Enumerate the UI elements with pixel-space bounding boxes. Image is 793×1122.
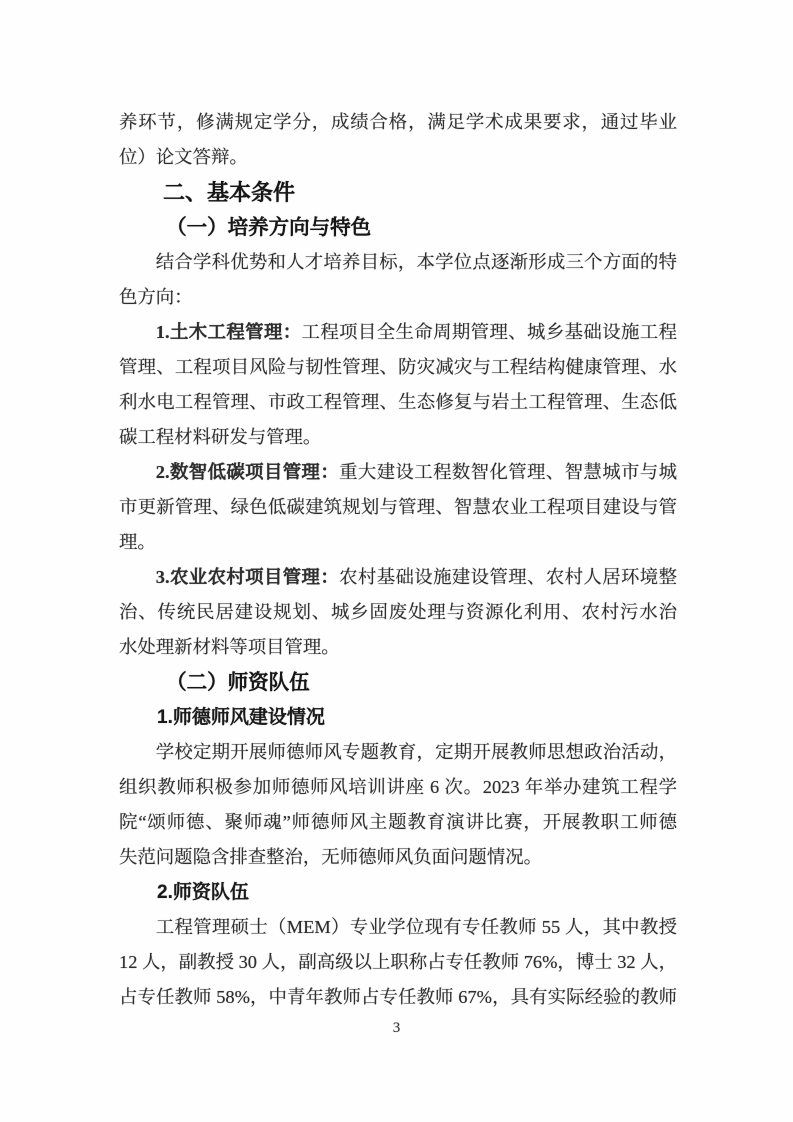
bold-text-segment: 1.师德师风建设情况: [157, 707, 325, 728]
body-line: 水处理新材料等项目管理。: [119, 630, 677, 665]
bold-text-segment: 2.师资队伍: [157, 882, 249, 903]
text-segment: 色方向：: [119, 287, 193, 307]
body-line: 工程管理硕士（MEM）专业学位现有专任教师 55 人，其中教授: [119, 910, 677, 945]
text-segment: 占专任教师 58%，中青年教师占专任教师 67%，具有实际经验的教师: [119, 987, 677, 1007]
body-line: 利水电工程管理、市政工程管理、生态修复与岩土工程管理、生态低: [119, 385, 677, 420]
bold-text-segment: 3.农业农村项目管理：: [156, 567, 339, 587]
text-segment: 学校定期开展师德师风专题教育，定期开展教师思想政治活动，: [156, 742, 677, 762]
subsection-heading: （二）师资队伍: [119, 665, 677, 700]
bold-text-segment: 2.数智低碳项目管理：: [156, 462, 339, 482]
text-segment: 12 人，副教授 30 人，副高级以上职称占专任教师 76%，博士 32 人，: [119, 952, 677, 972]
text-segment: 管理、工程项目风险与韧性管理、防灾减灾与工程结构健康管理、水: [119, 357, 677, 377]
text-segment: 碳工程材料研发与管理。: [119, 427, 321, 447]
body-line: 1.土木工程管理：工程项目全生命周期管理、城乡基础设施工程: [119, 315, 677, 350]
text-segment: 组织教师积极参加师德师风培训讲座 6 次。2023 年举办建筑工程学: [119, 777, 677, 797]
text-segment: 市更新管理、绿色低碳建筑规划与管理、智慧农业工程项目建设与管: [119, 497, 677, 517]
subsection-heading: （一）培养方向与特色: [119, 210, 677, 245]
body-line: 结合学科优势和人才培养目标，本学位点逐渐形成三个方面的特: [119, 245, 677, 280]
body-line: 失范问题隐含排查整治，无师德师风负面问题情况。: [119, 840, 677, 875]
bold-text-segment: 1.土木工程管理：: [156, 322, 302, 342]
body-line: 治、传统民居建设规划、城乡固废处理与资源化利用、农村污水治理、: [119, 595, 677, 630]
page-number: 3: [0, 1018, 793, 1038]
body-line: 市更新管理、绿色低碳建筑规划与管理、智慧农业工程项目建设与管: [119, 490, 677, 525]
body-line: 管理、工程项目风险与韧性管理、防灾减灾与工程结构健康管理、水: [119, 350, 677, 385]
body-line: 2.数智低碳项目管理：重大建设工程数智化管理、智慧城市与城: [119, 455, 677, 490]
text-segment: 工程项目全生命周期管理、城乡基础设施工程: [302, 322, 677, 342]
text-block: 养环节，修满规定学分，成绩合格，满足学术成果要求，通过毕业（学位）论文答辩。二、…: [119, 105, 677, 1015]
bold-text-segment: （二）师资队伍: [166, 671, 310, 694]
text-segment: 失范问题隐含排查整治，无师德师风负面问题情况。: [119, 847, 542, 867]
sub-bold-heading: 2.师资队伍: [119, 875, 677, 910]
body-line: 位）论文答辩。: [119, 140, 677, 175]
text-segment: 农村基础设施建设管理、农村人居环境整: [339, 567, 677, 587]
body-line: 理。: [119, 525, 677, 560]
section-heading: 二、基本条件: [119, 175, 677, 210]
body-line: 色方向：: [119, 280, 677, 315]
body-line: 院“颂师德、聚师魂”师德师风主题教育演讲比赛，开展教职工师德: [119, 805, 677, 840]
sub-bold-heading: 1.师德师风建设情况: [119, 700, 677, 735]
body-line: 碳工程材料研发与管理。: [119, 420, 677, 455]
text-segment: 水处理新材料等项目管理。: [119, 637, 340, 657]
text-segment: 利水电工程管理、市政工程管理、生态修复与岩土工程管理、生态低: [119, 392, 677, 412]
text-segment: 位）论文答辩。: [119, 147, 248, 167]
body-line: 养环节，修满规定学分，成绩合格，满足学术成果要求，通过毕业（学: [119, 105, 677, 140]
text-segment: 重大建设工程数智化管理、智慧城市与城: [339, 462, 677, 482]
body-line: 3.农业农村项目管理：农村基础设施建设管理、农村人居环境整: [119, 560, 677, 595]
text-segment: 养环节，修满规定学分，成绩合格，满足学术成果要求，通过毕业（学: [119, 112, 677, 140]
body-line: 占专任教师 58%，中青年教师占专任教师 67%，具有实际经验的教师: [119, 980, 677, 1015]
text-segment: 结合学科优势和人才培养目标，本学位点逐渐形成三个方面的特: [156, 252, 677, 272]
body-line: 12 人，副教授 30 人，副高级以上职称占专任教师 76%，博士 32 人，: [119, 945, 677, 980]
bold-text-segment: （一）培养方向与特色: [166, 216, 371, 239]
text-segment: 院“颂师德、聚师魂”师德师风主题教育演讲比赛，开展教职工师德: [119, 812, 677, 832]
body-line: 学校定期开展师德师风专题教育，定期开展教师思想政治活动，: [119, 735, 677, 770]
text-segment: 工程管理硕士（MEM）专业学位现有专任教师 55 人，其中教授: [156, 917, 677, 937]
body-line: 组织教师积极参加师德师风培训讲座 6 次。2023 年举办建筑工程学: [119, 770, 677, 805]
bold-text-segment: 二、基本条件: [163, 180, 295, 205]
text-segment: 治、传统民居建设规划、城乡固废处理与资源化利用、农村污水治理、: [119, 602, 677, 630]
text-segment: 理。: [119, 532, 156, 552]
